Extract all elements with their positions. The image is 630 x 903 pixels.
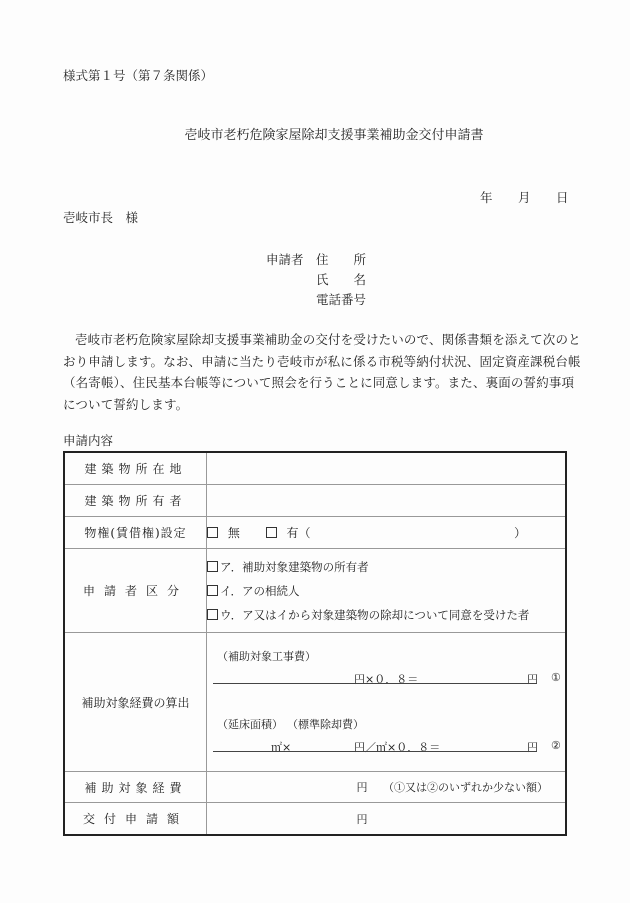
name-label: 氏 名 [316, 270, 366, 288]
eligible-cost-note: （①又は②のいずれか少ない額） [383, 781, 548, 794]
option-c-label: ウ．ア又はイから対象建築物の除却について同意を受けた者 [220, 608, 529, 622]
checkbox-c[interactable] [207, 609, 218, 620]
grant-amount-unit: 円 [357, 813, 368, 826]
date-year-label: 年 [480, 188, 493, 206]
row-property-rights: 物権(賃借権)設定 無 有（ ） [64, 517, 566, 549]
line2-formula: 円／㎡×０．８＝ [354, 739, 440, 755]
document-title: 壱岐市老朽危険家屋除却支援事業補助金交付申請書 [0, 124, 630, 143]
building-owner-field[interactable] [207, 485, 567, 517]
checkbox-yes[interactable] [266, 527, 277, 538]
building-location-field[interactable] [207, 452, 567, 485]
row-cost-calculation: 補助対象経費の算出 （補助対象工事費） 円×０．８＝ 円 ① （延床面積） （標… [64, 633, 566, 772]
category-option-a[interactable]: ア．補助対象建築物の所有者 [207, 555, 565, 579]
cost-calculation-field: （補助対象工事費） 円×０．８＝ 円 ① （延床面積） （標準除却費） ㎡× 円… [207, 633, 567, 772]
close-paren: ） [514, 526, 526, 540]
row-applicant-category: 申請者区分 ア．補助対象建築物の所有者 イ．アの相続人 ウ．ア又はイから対象建築… [64, 549, 566, 633]
construction-cost-field[interactable] [213, 669, 343, 683]
category-option-b[interactable]: イ．アの相続人 [207, 579, 565, 603]
checkbox-a[interactable] [207, 561, 218, 572]
form-number: 様式第１号（第７条関係） [63, 66, 213, 84]
eligible-cost-unit: 円 [357, 781, 368, 794]
building-owner-label: 建築物所有者 [64, 485, 207, 517]
application-table: 建築物所在地 建築物所有者 物権(賃借権)設定 無 有（ ） 申請者区分 ア．補… [63, 451, 567, 836]
standard-cost-field[interactable] [291, 737, 351, 751]
option-a-label: ア．補助対象建築物の所有者 [220, 560, 369, 574]
property-rights-label: 物権(賃借権)設定 [64, 517, 207, 549]
line2-caption-area: （延床面積） [217, 716, 283, 732]
date-day-label: 日 [556, 188, 569, 206]
checkbox-b[interactable] [207, 585, 218, 596]
line1-formula: 円×０．８＝ [354, 671, 418, 687]
line2-area-unit: ㎡× [271, 739, 291, 755]
section-label: 申請内容 [63, 431, 113, 449]
address-label: 住 所 [316, 250, 366, 268]
option-none-label: 無 [228, 526, 240, 540]
addressee: 壱岐市長 様 [63, 208, 138, 226]
cost-calculation-label: 補助対象経費の算出 [64, 633, 207, 772]
line2-unit: 円 [527, 739, 538, 755]
applicant-category-options: ア．補助対象建築物の所有者 イ．アの相続人 ウ．ア又はイから対象建築物の除却につ… [207, 549, 567, 633]
option-yes-label: 有（ [287, 526, 311, 540]
option-b-label: イ．アの相続人 [220, 584, 299, 598]
floor-area-field[interactable] [213, 737, 268, 751]
line1-underline [213, 683, 537, 684]
marker-1: ① [551, 671, 561, 684]
date-month-label: 月 [518, 188, 531, 206]
phone-label: 電話番号 [316, 290, 366, 308]
row-building-location: 建築物所在地 [64, 452, 566, 485]
property-rights-field: 無 有（ ） [207, 517, 567, 549]
building-location-label: 建築物所在地 [64, 452, 207, 485]
grant-amount-label: 交付申請額 [64, 803, 207, 836]
applicant-category-label: 申請者区分 [64, 549, 207, 633]
grant-amount-field[interactable]: 円 [207, 803, 567, 836]
line1-caption: （補助対象工事費） [217, 648, 316, 664]
line2-caption-cost: （標準除却費） [287, 716, 364, 732]
checkbox-none[interactable] [207, 527, 218, 538]
eligible-cost-label: 補助対象経費 [64, 772, 207, 803]
applicant-label: 申請者 [266, 250, 304, 268]
row-building-owner: 建築物所有者 [64, 485, 566, 517]
declaration-text: 壱岐市老朽危険家屋除却支援事業補助金の交付を受けたいので、関係書類を添えて次のと… [63, 329, 583, 415]
row-grant-amount: 交付申請額 円 [64, 803, 566, 836]
category-option-c[interactable]: ウ．ア又はイから対象建築物の除却について同意を受けた者 [207, 603, 565, 627]
line1-unit: 円 [527, 671, 538, 687]
row-eligible-cost: 補助対象経費 円 （①又は②のいずれか少ない額） [64, 772, 566, 803]
marker-2: ② [551, 739, 561, 752]
eligible-cost-field[interactable]: 円 （①又は②のいずれか少ない額） [207, 772, 567, 803]
line2-underline [213, 751, 537, 752]
